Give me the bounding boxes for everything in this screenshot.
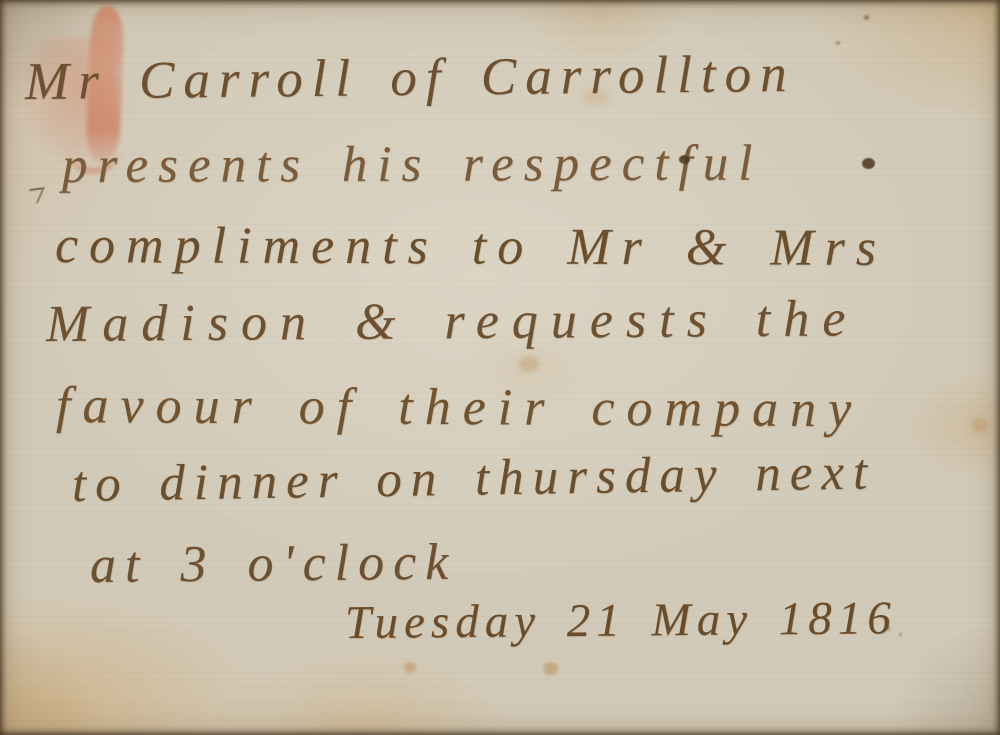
foxing-spot (899, 633, 902, 636)
manuscript-line-2: presents his respectful (62, 139, 763, 192)
manuscript-date-line: Tuesday 21 May 1816 (345, 595, 897, 647)
manuscript-line-5: favour of their company (56, 380, 863, 436)
ink-blot (679, 155, 690, 164)
manuscript-line-4: Madison & requests the (46, 293, 859, 351)
manuscript-line-3: compliments to Mr & Mrs (55, 220, 887, 275)
foxing-spot (972, 418, 988, 432)
foxing-spot (519, 356, 539, 372)
foxing-spot (404, 662, 416, 673)
foxing-spot (836, 41, 840, 45)
manuscript-line-6: to dinner on thursday next (72, 447, 877, 511)
manuscript-line-time: at 3 o'clock (90, 537, 458, 592)
manuscript-line-salutation: Mr Carroll of Carrollton (25, 48, 796, 109)
pencil-check-mark (23, 187, 45, 205)
manuscript-photo: Mr Carroll of Carrollton presents his re… (0, 0, 1000, 735)
foxing-spot (864, 15, 869, 20)
ink-blot (862, 158, 875, 169)
foxing-spot (543, 662, 558, 675)
